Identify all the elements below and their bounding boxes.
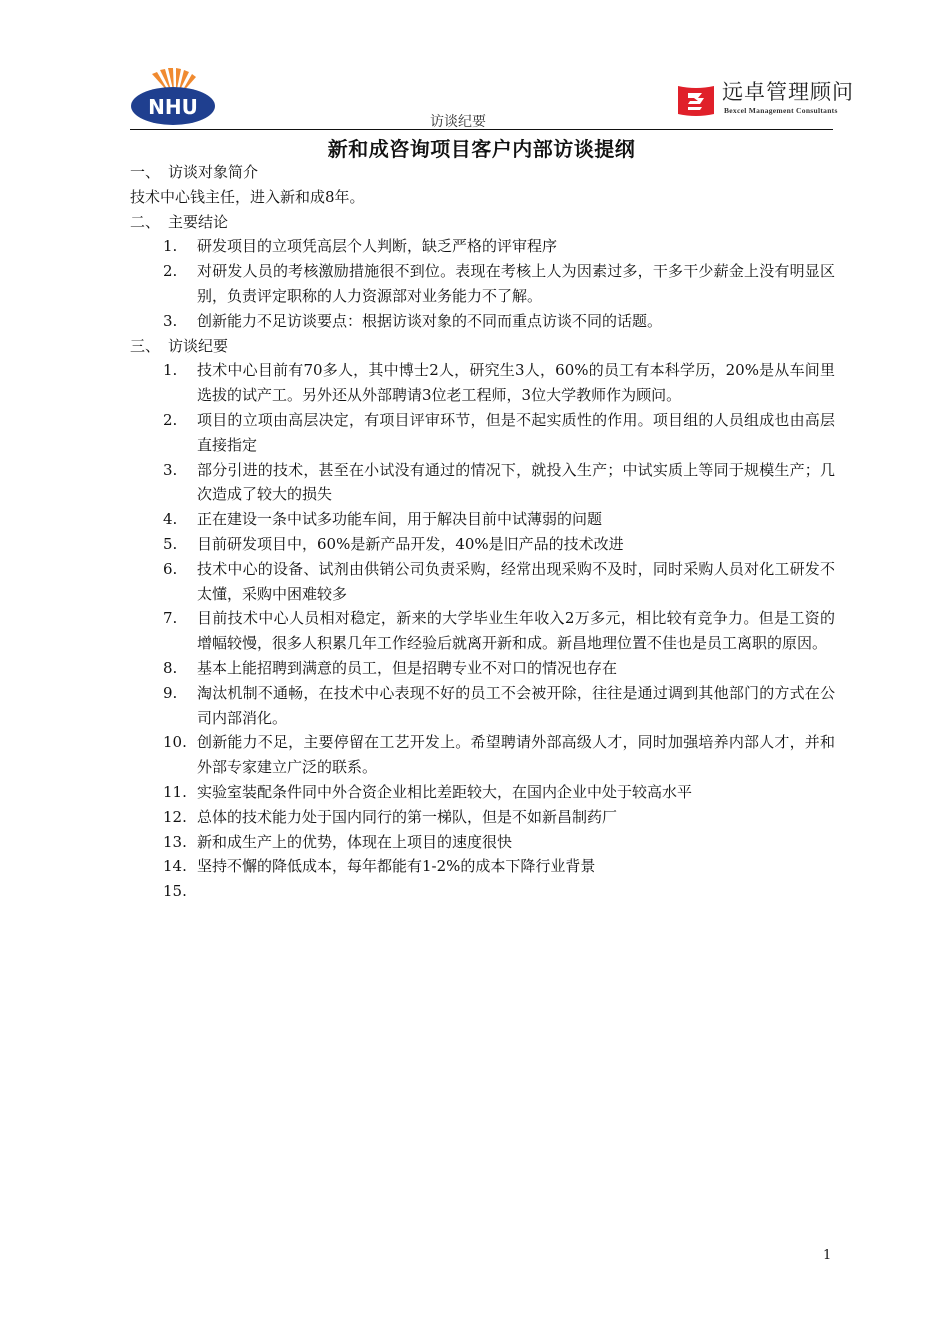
minutes-item: 5.目前研发项目中，60%是新产品开发，40%是旧产品的技术改进: [130, 532, 835, 557]
svg-text:NHU: NHU: [148, 95, 198, 119]
document-page: NHU 远卓管理顾问 Bexcel Management Consultants…: [0, 0, 950, 1344]
item-text: 淘汰机制不通畅，在技术中心表现不好的员工不会被开除，往往是通过调到其他部门的方式…: [197, 681, 835, 731]
minutes-item: 10.创新能力不足，主要停留在工艺开发上。希望聘请外部高级人才，同时加强培养内部…: [130, 730, 835, 780]
item-number: 3.: [163, 309, 177, 334]
item-text: 创新能力不足访谈要点：根据访谈对象的不同而重点访谈不同的话题。: [197, 309, 835, 334]
minutes-item: 13.新和成生产上的优势，体现在上项目的速度很快: [130, 830, 835, 855]
item-number: 5.: [163, 532, 177, 557]
section-title: 访谈对象简介: [168, 163, 258, 181]
item-number: 2.: [163, 259, 177, 284]
header-label: 访谈纪要: [430, 111, 486, 131]
conclusion-item: 2.对研发人员的考核激励措施很不到位。表现在考核上人为因素过多，干多干少薪金上没…: [130, 259, 835, 309]
item-number: 4.: [163, 507, 177, 532]
item-text: 目前技术中心人员相对稳定，新来的大学毕业生年收入2万多元，相比较有竞争力。但是工…: [197, 606, 835, 656]
item-number: 11.: [163, 780, 187, 805]
nhu-logo-icon: NHU: [130, 68, 216, 126]
interviewee-intro: 技术中心钱主任，进入新和成8年。: [130, 185, 835, 210]
item-number: 1.: [163, 234, 177, 259]
conclusion-item: 1.研发项目的立项凭高层个人判断，缺乏严格的评审程序: [130, 234, 835, 259]
section-heading-1: 一、访谈对象简介: [130, 160, 835, 185]
section-heading-3: 三、访谈纪要: [130, 334, 835, 359]
item-number: 10.: [163, 730, 187, 755]
section-number: 二、: [130, 210, 168, 235]
item-number: 1.: [163, 358, 177, 383]
minutes-item: 14.坚持不懈的降低成本，每年都能有1-2%的成本下降行业背景: [130, 854, 835, 879]
item-text: 对研发人员的考核激励措施很不到位。表现在考核上人为因素过多，干多干少薪金上没有明…: [197, 259, 835, 309]
section-heading-2: 二、主要结论: [130, 210, 835, 235]
minutes-item: 11.实验室装配条件同中外合资企业相比差距较大，在国内企业中处于较高水平: [130, 780, 835, 805]
document-body: 一、访谈对象简介 技术中心钱主任，进入新和成8年。 二、主要结论 1.研发项目的…: [130, 160, 835, 904]
item-text: 技术中心目前有70多人，其中博士2人，研究生3人，60%的员工有本科学历，20%…: [197, 358, 835, 408]
item-number: 8.: [163, 656, 177, 681]
item-number: 13.: [163, 830, 187, 855]
item-number: 6.: [163, 557, 177, 582]
item-text: 实验室装配条件同中外合资企业相比差距较大，在国内企业中处于较高水平: [197, 780, 835, 805]
bexcel-logo-en: Bexcel Management Consultants: [724, 106, 838, 115]
item-number: 14.: [163, 854, 187, 879]
document-title: 新和成咨询项目客户内部访谈提纲: [130, 133, 833, 162]
minutes-item: 4.正在建设一条中试多功能车间，用于解决目前中试薄弱的问题: [130, 507, 835, 532]
item-text: 正在建设一条中试多功能车间，用于解决目前中试薄弱的问题: [197, 507, 835, 532]
section-number: 一、: [130, 160, 168, 185]
section-title: 主要结论: [168, 213, 228, 231]
minutes-item: 15.: [130, 879, 835, 904]
bexcel-logo-icon: [676, 82, 716, 118]
bexcel-logo: 远卓管理顾问 Bexcel Management Consultants: [676, 80, 866, 120]
item-text: 总体的技术能力处于国内同行的第一梯队，但是不如新昌制药厂: [197, 805, 835, 830]
page-number: 1: [823, 1248, 831, 1263]
item-number: 2.: [163, 408, 177, 433]
section-number: 三、: [130, 334, 168, 359]
item-text: 目前研发项目中，60%是新产品开发，40%是旧产品的技术改进: [197, 532, 835, 557]
conclusion-item: 3.创新能力不足访谈要点：根据访谈对象的不同而重点访谈不同的话题。: [130, 309, 835, 334]
minutes-item: 9.淘汰机制不通畅，在技术中心表现不好的员工不会被开除，往往是通过调到其他部门的…: [130, 681, 835, 731]
minutes-item: 7.目前技术中心人员相对稳定，新来的大学毕业生年收入2万多元，相比较有竞争力。但…: [130, 606, 835, 656]
minutes-item: 8.基本上能招聘到满意的员工，但是招聘专业不对口的情况也存在: [130, 656, 835, 681]
item-text: 创新能力不足，主要停留在工艺开发上。希望聘请外部高级人才，同时加强培养内部人才，…: [197, 730, 835, 780]
item-number: 9.: [163, 681, 177, 706]
item-text: 技术中心的设备、试剂由供销公司负责采购，经常出现采购不及时，同时采购人员对化工研…: [197, 557, 835, 607]
minutes-item: 6.技术中心的设备、试剂由供销公司负责采购，经常出现采购不及时，同时采购人员对化…: [130, 557, 835, 607]
item-number: 15.: [163, 879, 187, 904]
item-text: 研发项目的立项凭高层个人判断，缺乏严格的评审程序: [197, 234, 835, 259]
section-title: 访谈纪要: [168, 337, 228, 355]
minutes-item: 2.项目的立项由高层决定，有项目评审环节，但是不起实质性的作用。项目组的人员组成…: [130, 408, 835, 458]
item-number: 7.: [163, 606, 177, 631]
minutes-item: 3.部分引进的技术，甚至在小试没有通过的情况下，就投入生产；中试实质上等同于规模…: [130, 458, 835, 508]
item-text: 项目的立项由高层决定，有项目评审环节，但是不起实质性的作用。项目组的人员组成也由…: [197, 408, 835, 458]
minutes-item: 1.技术中心目前有70多人，其中博士2人，研究生3人，60%的员工有本科学历，2…: [130, 358, 835, 408]
item-number: 3.: [163, 458, 177, 483]
item-text: 新和成生产上的优势，体现在上项目的速度很快: [197, 830, 835, 855]
item-text: 基本上能招聘到满意的员工，但是招聘专业不对口的情况也存在: [197, 656, 835, 681]
header-divider: [130, 129, 833, 130]
item-text: 部分引进的技术，甚至在小试没有通过的情况下，就投入生产；中试实质上等同于规模生产…: [197, 458, 835, 508]
item-number: 12.: [163, 805, 187, 830]
minutes-item: 12.总体的技术能力处于国内同行的第一梯队，但是不如新昌制药厂: [130, 805, 835, 830]
item-text: 坚持不懈的降低成本，每年都能有1-2%的成本下降行业背景: [197, 854, 835, 879]
bexcel-logo-cn: 远卓管理顾问: [722, 80, 854, 104]
